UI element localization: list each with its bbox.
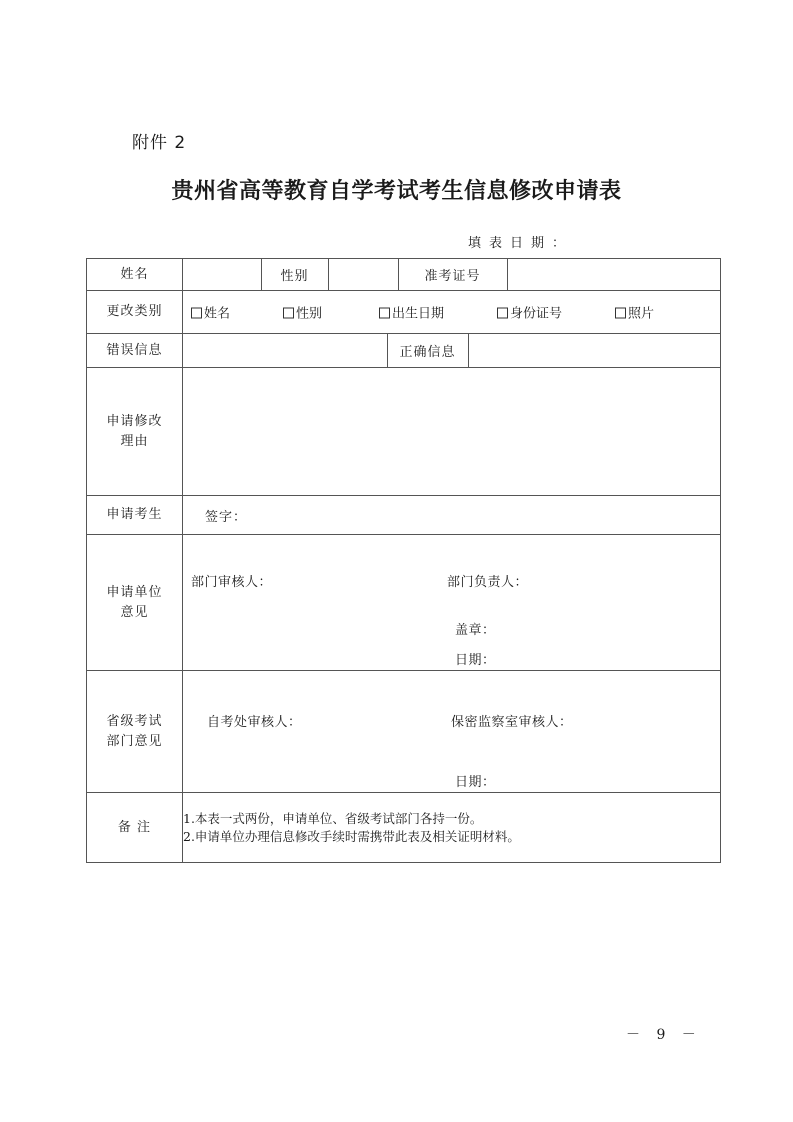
- provincial-opinion-cell[interactable]: 自考处审核人： 保密监察室审核人： 日期：: [183, 671, 721, 793]
- applicant-label: 申请考生: [87, 496, 183, 535]
- self-exam-reviewer-label: 自考处审核人：: [207, 711, 302, 730]
- signature-label: 签字：: [183, 510, 247, 525]
- applicant-signature-cell[interactable]: 签字：: [183, 496, 721, 535]
- unit-date-label: 日期：: [455, 649, 496, 668]
- correct-info-label: 正确信息: [387, 334, 468, 367]
- option-id-number[interactable]: 身份证号: [497, 303, 562, 322]
- row-change-category: 更改类别 姓名 性别 出生日期 身份证号 照片: [87, 291, 721, 334]
- checkbox-icon[interactable]: [615, 308, 626, 319]
- row-unit-opinion: 申请单位 意见 部门审核人： 部门负责人： 盖章： 日期：: [87, 535, 721, 671]
- note-item: 2.申请单位办理信息修改手续时需携带此表及相关证明材料。: [183, 828, 720, 846]
- row-basic-info: 姓名 性别 准考证号: [87, 259, 721, 291]
- row-info-correction: 错误信息 正确信息: [87, 334, 721, 368]
- info-correction-cells: 正确信息: [183, 334, 721, 368]
- gender-label: 性别: [261, 259, 328, 290]
- change-category-label: 更改类别: [87, 291, 183, 334]
- unit-opinion-label: 申请单位 意见: [87, 535, 183, 671]
- row-remarks: 备 注 1.本表一式两份，申请单位、省级考试部门各持一份。 2.申请单位办理信息…: [87, 793, 721, 863]
- option-birth-date[interactable]: 出生日期: [379, 303, 444, 322]
- dept-reviewer-label: 部门审核人：: [191, 571, 272, 590]
- remarks-notes: 1.本表一式两份，申请单位、省级考试部门各持一份。 2.申请单位办理信息修改手续…: [183, 793, 721, 863]
- page-number: － 9 －: [626, 1024, 702, 1044]
- checkbox-icon[interactable]: [283, 308, 294, 319]
- row-applicant: 申请考生 签字：: [87, 496, 721, 535]
- wrong-info-label: 错误信息: [87, 334, 183, 368]
- ticket-number-label: 准考证号: [398, 259, 507, 290]
- correct-info-field[interactable]: [468, 334, 721, 367]
- basic-info-cells: 性别 准考证号: [183, 259, 721, 291]
- change-category-options: 姓名 性别 出生日期 身份证号 照片: [183, 291, 721, 334]
- wrong-info-field[interactable]: [183, 334, 387, 367]
- fill-date-label: 填表日期：: [468, 232, 573, 251]
- option-photo[interactable]: 照片: [615, 303, 654, 322]
- checkbox-icon[interactable]: [497, 308, 508, 319]
- attachment-label: 附件 2: [132, 128, 186, 153]
- name-label: 姓名: [87, 259, 183, 291]
- reason-field[interactable]: [183, 368, 721, 496]
- row-provincial-opinion: 省级考试 部门意见 自考处审核人： 保密监察室审核人： 日期：: [87, 671, 721, 793]
- reason-label: 申请修改 理由: [87, 368, 183, 496]
- checkbox-icon[interactable]: [191, 308, 202, 319]
- remarks-label: 备 注: [87, 793, 183, 863]
- option-gender[interactable]: 性别: [283, 303, 322, 322]
- unit-opinion-cell[interactable]: 部门审核人： 部门负责人： 盖章： 日期：: [183, 535, 721, 671]
- gender-field[interactable]: [328, 259, 398, 290]
- stamp-label: 盖章：: [455, 619, 496, 638]
- provincial-opinion-label: 省级考试 部门意见: [87, 671, 183, 793]
- note-item: 1.本表一式两份，申请单位、省级考试部门各持一份。: [183, 810, 720, 828]
- checkbox-icon[interactable]: [379, 308, 390, 319]
- row-reason: 申请修改 理由: [87, 368, 721, 496]
- dept-head-label: 部门负责人：: [447, 571, 528, 590]
- provincial-date-label: 日期：: [455, 771, 496, 790]
- option-name[interactable]: 姓名: [191, 303, 230, 322]
- security-reviewer-label: 保密监察室审核人：: [451, 711, 573, 730]
- name-field[interactable]: [183, 259, 261, 290]
- application-form-table: 姓名 性别 准考证号 更改类别: [86, 258, 721, 863]
- ticket-number-field[interactable]: [507, 259, 721, 290]
- page-title: 贵州省高等教育自学考试考生信息修改申请表: [0, 174, 793, 205]
